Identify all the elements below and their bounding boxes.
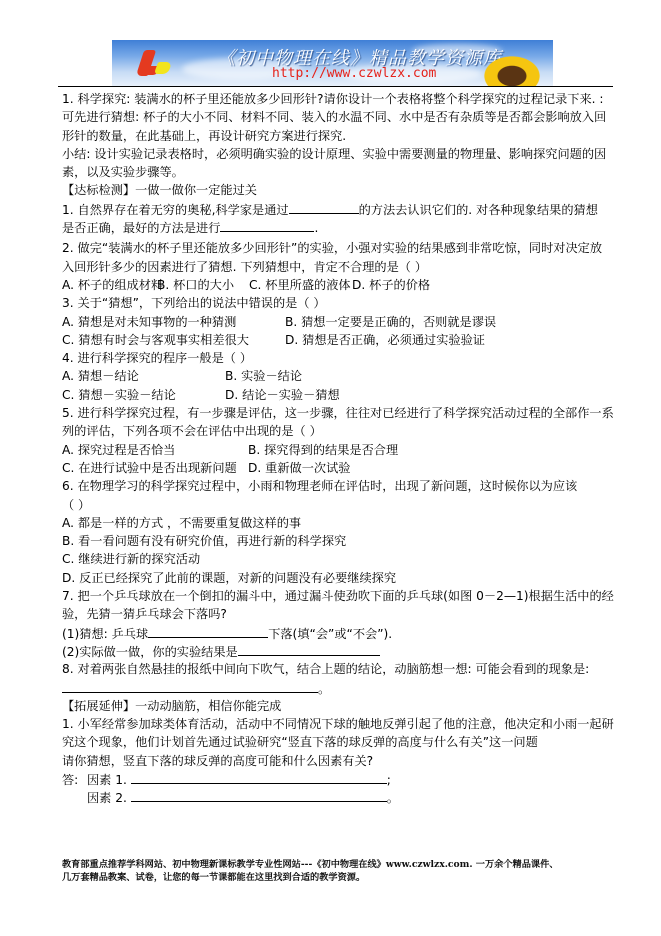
question-2-cont: 入回形针多少的因素进行了猜想. 下列猜想中，肯定不合理的是（ ） bbox=[62, 258, 614, 276]
option-d[interactable]: D. 重新做一次试验 bbox=[248, 459, 350, 477]
option-c[interactable]: C. 猜想有时会与客观事实相差很大 bbox=[62, 331, 285, 349]
question-7-cont: 验，先猜一猜乒乓球会下落吗? bbox=[62, 605, 614, 623]
header-divider bbox=[58, 86, 613, 87]
summary-text: 素，以及实验步骤等。 bbox=[62, 163, 614, 181]
sunflower-icon bbox=[481, 54, 543, 86]
question-3-options: C. 猜想有时会与客观事实相差很大D. 猜想是否正确，必须通过实验验证 bbox=[62, 331, 614, 349]
factor-label: 因素 2. bbox=[87, 791, 127, 805]
section-heading: 【拓展延伸】一动动脑筋，相信你能完成 bbox=[62, 697, 614, 715]
punctuation: 。 bbox=[318, 682, 330, 696]
intro-text: 1. 科学探究: 装满水的杯子里还能放多少回形针?请你设计一个表格将整个科学探究… bbox=[62, 90, 614, 108]
fill-blank[interactable] bbox=[289, 200, 359, 214]
question-6: 6. 在物理学习的科学探究过程中，小雨和物理老师在评估时，出现了新问题，这时候你… bbox=[62, 477, 614, 495]
question-4: 4. 进行科学探究的程序一般是（ ） bbox=[62, 349, 614, 367]
extension-question-1: 1. 小军经常参加球类体育活动，活动中不同情况下球的触地反弹引起了他的注意，他决… bbox=[62, 715, 614, 733]
fill-blank[interactable] bbox=[131, 788, 387, 802]
option-a[interactable]: A. 都是一样的方式 ，不需要重复做这样的事 bbox=[62, 514, 614, 532]
summary-text: 小结: 设计实验记录表格时，必须明确实验的设计原理、实验中需要测量的物理量、影响… bbox=[62, 145, 614, 163]
punctuation: ; bbox=[387, 773, 391, 787]
question-8-answer: 。 bbox=[62, 679, 614, 697]
question-7: 7. 把一个乒乓球放在一个倒扣的漏斗中，通过漏斗使劲吹下面的乒乓球(如图 0－2… bbox=[62, 587, 614, 605]
fill-blank[interactable] bbox=[131, 770, 387, 784]
punctuation: . bbox=[314, 221, 318, 235]
punctuation: 。 bbox=[387, 791, 399, 805]
question-8: 8. 对着两张自然悬挂的报纸中间向下吹气，结合上题的结论，动脑筋想一想: 可能会… bbox=[62, 660, 614, 678]
question-text: 下落(填“会”或“不会”). bbox=[268, 627, 392, 641]
question-2-options: A. 杯子的组成材料B. 杯口的大小C. 杯里所盛的液体D. 杯子的价格 bbox=[62, 276, 614, 294]
footer-text: 几万套精品教案、试卷，让您的每一节课都能在这里找到合适的教学资源。 bbox=[62, 871, 622, 884]
question-7-part-2: (2)实际做一做，你的实验结果是 bbox=[62, 642, 614, 660]
question-5-options: A. 探究过程是否恰当B. 探究得到的结果是否合理 bbox=[62, 441, 614, 459]
section-heading: 【达标检测】一做一做你一定能过关 bbox=[62, 181, 614, 199]
option-b[interactable]: B. 猜想一定要是正确的，否则就是谬误 bbox=[285, 313, 496, 331]
question-text: 是否正确，最好的方法是进行 bbox=[62, 221, 220, 235]
fill-blank[interactable] bbox=[148, 624, 268, 638]
intro-text: 可先进行猜想: 杯子的大小不同、材料不同、装入的水温不同、水中是否有杂质等是否都… bbox=[62, 108, 614, 126]
question-1: 1. 自然界存在着无穷的奥秘,科学家是通过的方法去认识它们的. 对各种现象结果的… bbox=[62, 200, 614, 218]
option-d[interactable]: D. 杯子的价格 bbox=[352, 276, 430, 294]
option-c[interactable]: C. 杯里所盛的液体 bbox=[249, 276, 352, 294]
fill-blank[interactable] bbox=[62, 679, 318, 693]
intro-text: 形针的数量，在此基础上，再设计研究方案进行探究. bbox=[62, 127, 614, 145]
site-banner: 《初中物理在线》精品教学资源库 http://www.czwlzx.com bbox=[112, 40, 553, 86]
option-b[interactable]: B. 实验－结论 bbox=[225, 367, 302, 385]
question-3-options: A. 猜想是对未知事物的一种猜测B. 猜想一定要是正确的，否则就是谬误 bbox=[62, 313, 614, 331]
option-b[interactable]: B. 看一看问题有没有研究价值，再进行新的科学探究 bbox=[62, 532, 614, 550]
factor-label: 因素 1. bbox=[87, 773, 127, 787]
option-b[interactable]: B. 杯口的大小 bbox=[157, 276, 249, 294]
question-5: 5. 进行科学探究过程，有一步骤是评估，这一步骤，往往对已经进行了科学探究活动过… bbox=[62, 404, 614, 422]
question-text: (2)实际做一做，你的实验结果是 bbox=[62, 645, 238, 659]
fill-blank[interactable] bbox=[238, 642, 380, 656]
option-c[interactable]: C. 在进行试验中是否出现新问题 bbox=[62, 459, 248, 477]
footer-text: 教育部重点推荐学科网站、初中物理新课标教学专业性网站---《初中物理在线》www… bbox=[62, 858, 622, 871]
fill-blank[interactable] bbox=[220, 218, 314, 232]
option-a[interactable]: A. 杯子的组成材料 bbox=[62, 276, 157, 294]
answer-factor-2: 因素 2. 。 bbox=[62, 788, 614, 806]
question-2: 2. 做完“装满水的杯子里还能放多少回形针”的实验，小强对实验的结果感到非常吃惊… bbox=[62, 239, 614, 257]
question-text: (1)猜想: 乒乓球 bbox=[62, 627, 148, 641]
question-6-cont: （ ） bbox=[62, 496, 614, 514]
question-1-cont: 是否正确，最好的方法是进行. bbox=[62, 218, 614, 236]
option-d[interactable]: D. 反正已经探究了此前的课题，对新的问题没有必要继续探究 bbox=[62, 569, 614, 587]
page-footer: 教育部重点推荐学科网站、初中物理新课标教学专业性网站---《初中物理在线》www… bbox=[62, 858, 622, 884]
question-text: 1. 自然界存在着无穷的奥秘,科学家是通过 bbox=[62, 203, 289, 217]
option-d[interactable]: D. 结论－实验－猜想 bbox=[225, 386, 340, 404]
extension-question-1-cont: 请你猜想，竖直下落的球反弹的高度可能和什么因素有关? bbox=[62, 752, 614, 770]
option-a[interactable]: A. 探究过程是否恰当 bbox=[62, 441, 248, 459]
question-7-part-1: (1)猜想: 乒乓球下落(填“会”或“不会”). bbox=[62, 624, 614, 642]
option-a[interactable]: A. 猜想－结论 bbox=[62, 367, 225, 385]
question-5-cont: 列的评估，下列各项不会在评估中出现的是（ ） bbox=[62, 422, 614, 440]
option-c[interactable]: C. 猜想－实验－结论 bbox=[62, 386, 225, 404]
question-4-options: A. 猜想－结论B. 实验－结论 bbox=[62, 367, 614, 385]
option-c[interactable]: C. 继续进行新的探究活动 bbox=[62, 550, 614, 568]
option-b[interactable]: B. 探究得到的结果是否合理 bbox=[248, 441, 398, 459]
answer-factor-1: 答:因素 1. ; bbox=[62, 770, 614, 788]
option-a[interactable]: A. 猜想是对未知事物的一种猜测 bbox=[62, 313, 285, 331]
question-3: 3. 关于“猜想”，下列给出的说法中错误的是（ ） bbox=[62, 294, 614, 312]
logo-icon-accent bbox=[154, 62, 172, 74]
question-text: 的方法去认识它们的. 对各种现象结果的猜想 bbox=[359, 203, 598, 217]
answer-label: 答: bbox=[62, 771, 87, 789]
worksheet-body: 1. 科学探究: 装满水的杯子里还能放多少回形针?请你设计一个表格将整个科学探究… bbox=[62, 90, 614, 807]
question-5-options: C. 在进行试验中是否出现新问题D. 重新做一次试验 bbox=[62, 459, 614, 477]
banner-url: http://www.czwlzx.com bbox=[272, 66, 436, 81]
option-d[interactable]: D. 猜想是否正确，必须通过实验验证 bbox=[285, 331, 485, 349]
question-4-options: C. 猜想－实验－结论D. 结论－实验－猜想 bbox=[62, 386, 614, 404]
extension-question-1-cont: 究这个现象，他们计划首先通过试验研究“竖直下落的球反弹的高度与什么有关”这一问题 bbox=[62, 733, 614, 751]
